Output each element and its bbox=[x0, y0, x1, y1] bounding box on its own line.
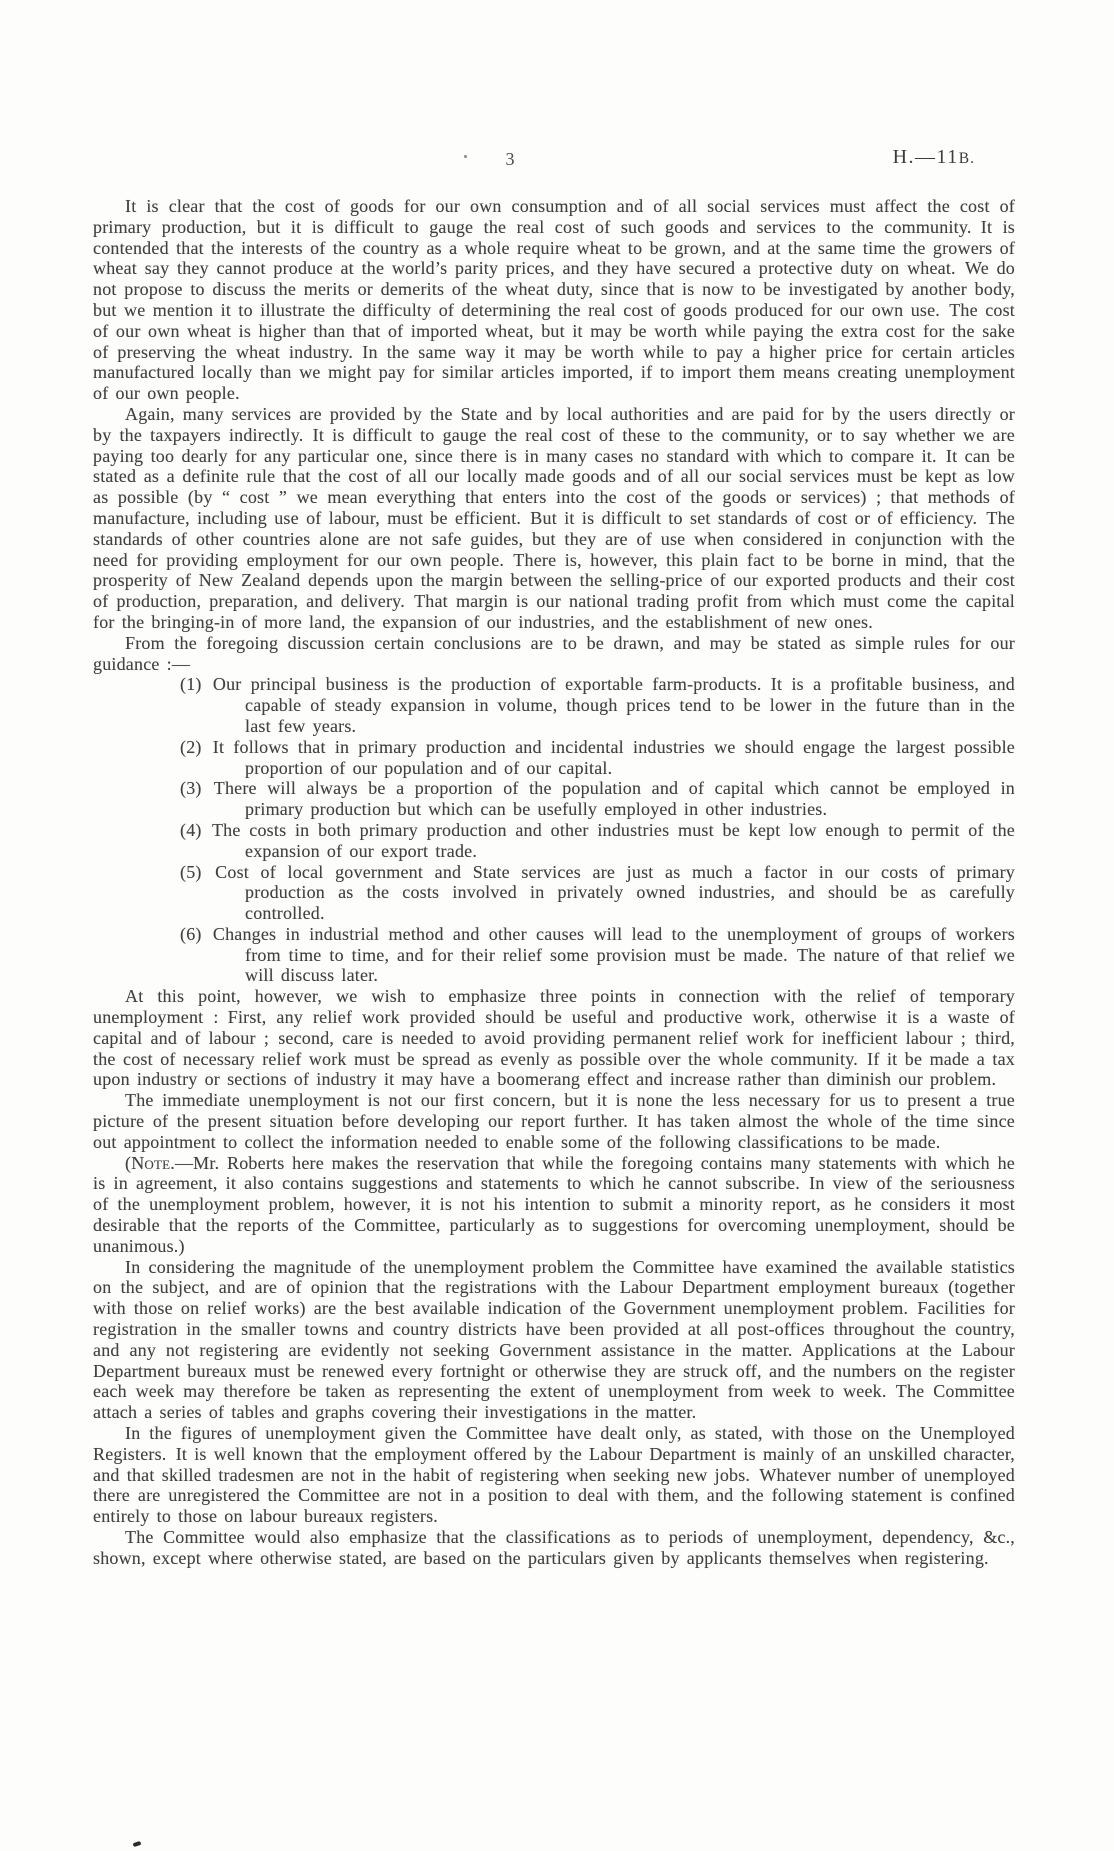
document-reference-main: H.—11 bbox=[893, 146, 959, 168]
page-number: 3 bbox=[460, 149, 560, 170]
document-reference-suffix: B. bbox=[959, 150, 975, 167]
document-page: 3 H.—11B. It is clear that the cost of g… bbox=[0, 0, 1114, 1851]
rule-item-6: (6) Changes in industrial method and oth… bbox=[245, 924, 1015, 986]
note-label: Note. bbox=[131, 1153, 175, 1173]
rule-item-4: (4) The costs in both primary production… bbox=[245, 820, 1015, 862]
paragraph-rules-intro: From the foregoing discussion certain co… bbox=[93, 633, 1015, 675]
rule-text: Our principal business is the production… bbox=[213, 674, 1015, 736]
rule-number: (2) bbox=[180, 737, 204, 757]
paragraph-relief-points: At this point, however, we wish to empha… bbox=[93, 986, 1015, 1090]
document-body: It is clear that the cost of goods for o… bbox=[93, 196, 1015, 1569]
paragraph-state-services: Again, many services are provided by the… bbox=[93, 404, 1015, 633]
rules-list: (1) Our principal business is the produc… bbox=[93, 674, 1015, 986]
scan-speck bbox=[133, 1841, 142, 1847]
rule-text: The costs in both primary production and… bbox=[212, 820, 1015, 861]
rule-number: (1) bbox=[180, 674, 204, 694]
rule-number: (3) bbox=[180, 778, 204, 798]
rule-item-1: (1) Our principal business is the produc… bbox=[245, 674, 1015, 736]
rule-number: (6) bbox=[180, 924, 204, 944]
paragraph-immediate-unemployment: The immediate unemployment is not our fi… bbox=[93, 1090, 1015, 1152]
rule-item-2: (2) It follows that in primary productio… bbox=[245, 737, 1015, 779]
paragraph-cost-of-goods: It is clear that the cost of goods for o… bbox=[93, 196, 1015, 404]
rule-number: (4) bbox=[180, 820, 204, 840]
paragraph-magnitude: In considering the magnitude of the unem… bbox=[93, 1257, 1015, 1423]
paragraph-figures: In the figures of unemployment given the… bbox=[93, 1423, 1015, 1527]
document-reference: H.—11B. bbox=[893, 146, 975, 169]
note-text: —Mr. Roberts here makes the reservation … bbox=[93, 1153, 1015, 1256]
rule-text: There will always be a proportion of the… bbox=[214, 778, 1015, 819]
paragraph-emphasize: The Committee would also emphasize that … bbox=[93, 1527, 1015, 1569]
rule-text: Changes in industrial method and other c… bbox=[213, 924, 1015, 986]
rule-item-5: (5) Cost of local government and State s… bbox=[245, 862, 1015, 924]
rule-number: (5) bbox=[180, 862, 204, 882]
rule-text: Cost of local government and State servi… bbox=[215, 862, 1015, 924]
paragraph-note: (Note.—Mr. Roberts here makes the reserv… bbox=[93, 1153, 1015, 1257]
rule-text: It follows that in primary production an… bbox=[213, 737, 1015, 778]
rule-item-3: (3) There will always be a proportion of… bbox=[245, 778, 1015, 820]
